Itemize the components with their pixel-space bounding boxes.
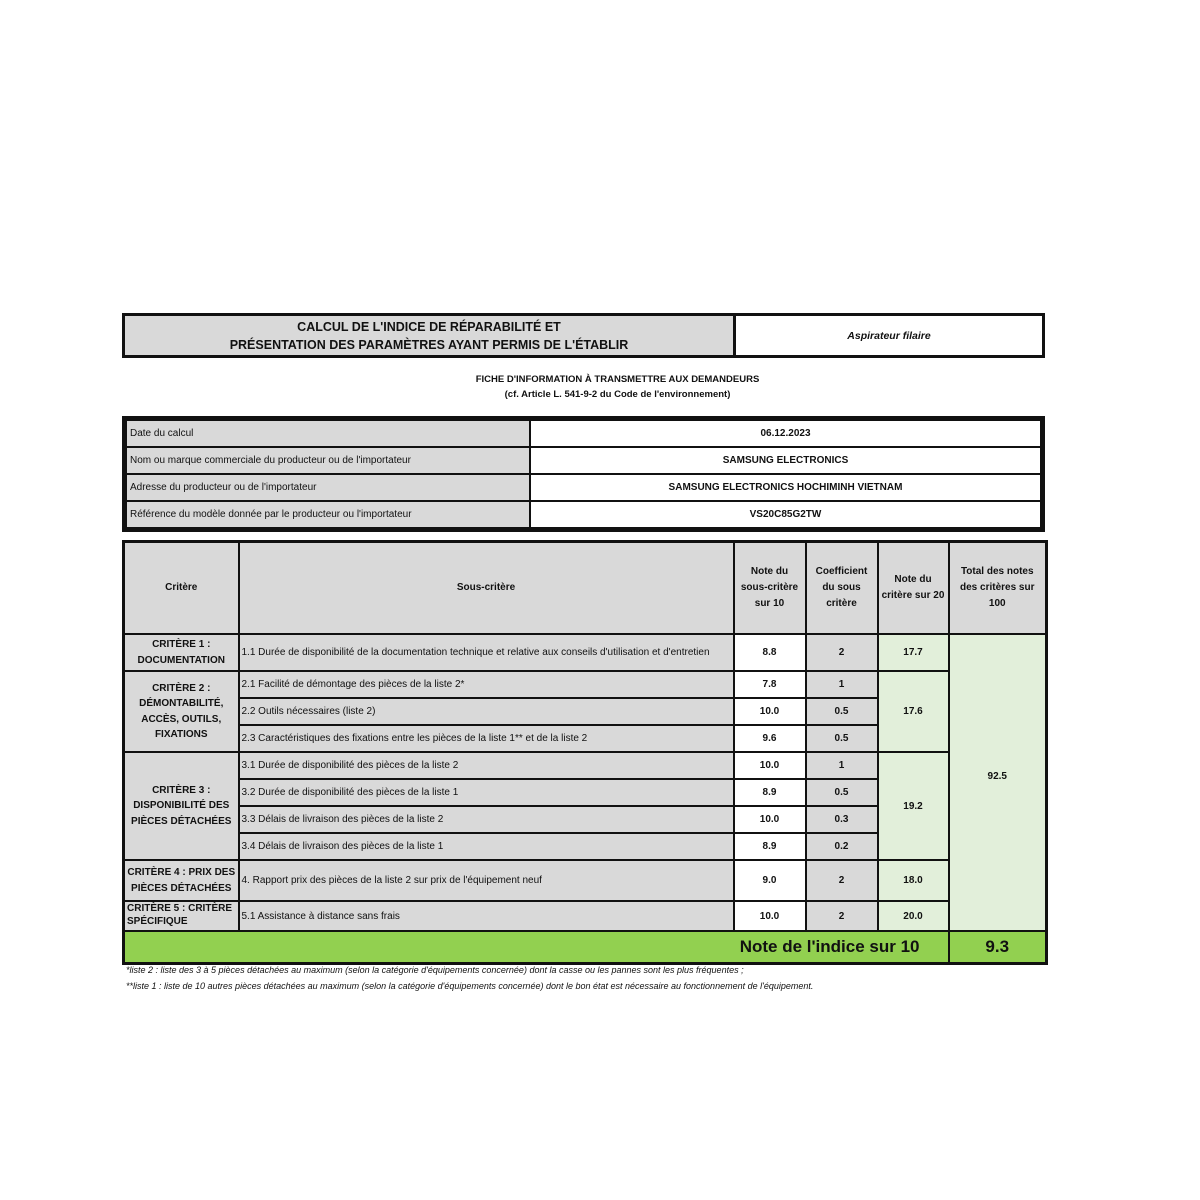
subcriterion-coefficient: 0.2 <box>806 833 878 860</box>
subcriterion-label: 3.4 Délais de livraison des pièces de la… <box>239 833 734 860</box>
subcriterion-note: 8.8 <box>734 634 806 671</box>
criterion-4-name: CRITÈRE 4 : PRIX DES PIÈCES DÉTACHÉES <box>124 860 239 901</box>
subcriterion-coefficient: 1 <box>806 671 878 698</box>
subcriterion-note: 8.9 <box>734 779 806 806</box>
table-row: CRITÈRE 2 : DÉMONTABILITÉ, ACCÈS, OUTILS… <box>124 671 1047 698</box>
subcriterion-label: 5.1 Assistance à distance sans frais <box>239 901 734 931</box>
total-score: 92.5 <box>949 634 1047 931</box>
subcriterion-label: 2.2 Outils nécessaires (liste 2) <box>239 698 734 725</box>
header-sous-critere: Sous-critère <box>239 542 734 635</box>
title-box: CALCUL DE L'INDICE DE RÉPARABILITÉ ET PR… <box>122 313 1045 358</box>
footnotes: *liste 2 : liste des 3 à 5 pièces détach… <box>126 962 1076 994</box>
subcriterion-label: 3.1 Durée de disponibilité des pièces de… <box>239 752 734 779</box>
criterion-3-note: 19.2 <box>878 752 949 860</box>
subcriterion-coefficient: 2 <box>806 634 878 671</box>
info-row-address: Adresse du producteur ou de l'importateu… <box>126 474 1041 501</box>
subcriterion-coefficient: 0.3 <box>806 806 878 833</box>
subtitle: FICHE D'INFORMATION À TRANSMETTRE AUX DE… <box>0 372 985 402</box>
table-row: CRITÈRE 5 : CRITÈRE SPÉCIFIQUE 5.1 Assis… <box>124 901 1047 931</box>
subcriterion-note: 7.8 <box>734 671 806 698</box>
title-line-1: CALCUL DE L'INDICE DE RÉPARABILITÉ ET <box>297 318 561 336</box>
document-title: CALCUL DE L'INDICE DE RÉPARABILITÉ ET PR… <box>125 316 736 355</box>
subcriterion-label: 2.1 Facilité de démontage des pièces de … <box>239 671 734 698</box>
subcriterion-coefficient: 2 <box>806 860 878 901</box>
criterion-1-note: 17.7 <box>878 634 949 671</box>
final-score-value: 9.3 <box>949 931 1047 964</box>
info-value-reference: VS20C85G2TW <box>530 501 1041 528</box>
info-value-address: SAMSUNG ELECTRONICS HOCHIMINH VIETNAM <box>530 474 1041 501</box>
final-score-label: Note de l'indice sur 10 <box>124 931 949 964</box>
criterion-1-name: CRITÈRE 1 : DOCUMENTATION <box>124 634 239 671</box>
header-coefficient: Coefficient du sous critère <box>806 542 878 635</box>
subcriterion-coefficient: 1 <box>806 752 878 779</box>
title-line-2: PRÉSENTATION DES PARAMÈTRES AYANT PERMIS… <box>230 336 629 354</box>
subcriterion-label: 3.2 Durée de disponibilité des pièces de… <box>239 779 734 806</box>
criterion-2-name: CRITÈRE 2 : DÉMONTABILITÉ, ACCÈS, OUTILS… <box>124 671 239 752</box>
criterion-3-name: CRITÈRE 3 : DISPONIBILITÉ DES PIÈCES DÉT… <box>124 752 239 860</box>
criterion-2-note: 17.6 <box>878 671 949 752</box>
subcriterion-note: 8.9 <box>734 833 806 860</box>
subcriterion-label: 4. Rapport prix des pièces de la liste 2… <box>239 860 734 901</box>
info-value-date: 06.12.2023 <box>530 420 1041 447</box>
subcriterion-coefficient: 0.5 <box>806 779 878 806</box>
criterion-5-note: 20.0 <box>878 901 949 931</box>
subcriterion-coefficient: 0.5 <box>806 725 878 752</box>
criterion-5-label: CRITÈRE 5 : CRITÈRE SPÉCIFIQUE <box>127 902 236 928</box>
subtitle-line-1: FICHE D'INFORMATION À TRANSMETTRE AUX DE… <box>0 372 985 387</box>
final-score-row: Note de l'indice sur 10 9.3 <box>124 931 1047 964</box>
info-table: Date du calcul 06.12.2023 Nom ou marque … <box>122 416 1045 532</box>
footnote-liste-2: *liste 2 : liste des 3 à 5 pièces détach… <box>126 962 1076 978</box>
header-note-sous-critere: Note du sous-critère sur 10 <box>734 542 806 635</box>
subcriterion-note: 10.0 <box>734 698 806 725</box>
subcriterion-note: 10.0 <box>734 901 806 931</box>
subcriterion-note: 10.0 <box>734 752 806 779</box>
subcriterion-label: 3.3 Délais de livraison des pièces de la… <box>239 806 734 833</box>
info-value-brand: SAMSUNG ELECTRONICS <box>530 447 1041 474</box>
subcriterion-note: 10.0 <box>734 806 806 833</box>
subtitle-line-2: (cf. Article L. 541-9-2 du Code de l'env… <box>0 387 985 402</box>
header-total: Total des notes des critères sur 100 <box>949 542 1047 635</box>
info-label: Adresse du producteur ou de l'importateu… <box>126 474 530 501</box>
footnote-liste-1: **liste 1 : liste de 10 autres pièces dé… <box>126 978 1076 994</box>
subcriterion-note: 9.6 <box>734 725 806 752</box>
product-type: Aspirateur filaire <box>736 316 1042 355</box>
subcriterion-label: 1.1 Durée de disponibilité de la documen… <box>239 634 734 671</box>
subcriterion-coefficient: 2 <box>806 901 878 931</box>
table-row: CRITÈRE 1 : DOCUMENTATION 1.1 Durée de d… <box>124 634 1047 671</box>
subcriterion-coefficient: 0.5 <box>806 698 878 725</box>
info-row-date: Date du calcul 06.12.2023 <box>126 420 1041 447</box>
info-row-brand: Nom ou marque commerciale du producteur … <box>126 447 1041 474</box>
table-header-row: Critère Sous-critère Note du sous-critèr… <box>124 542 1047 635</box>
scoring-table: Critère Sous-critère Note du sous-critèr… <box>122 540 1045 965</box>
info-label: Date du calcul <box>126 420 530 447</box>
criterion-4-note: 18.0 <box>878 860 949 901</box>
table-row: CRITÈRE 3 : DISPONIBILITÉ DES PIÈCES DÉT… <box>124 752 1047 779</box>
table-row: CRITÈRE 4 : PRIX DES PIÈCES DÉTACHÉES 4.… <box>124 860 1047 901</box>
subcriterion-note: 9.0 <box>734 860 806 901</box>
info-label: Référence du modèle donnée par le produc… <box>126 501 530 528</box>
criterion-5-name: CRITÈRE 5 : CRITÈRE SPÉCIFIQUE <box>124 901 239 931</box>
info-label: Nom ou marque commerciale du producteur … <box>126 447 530 474</box>
info-row-reference: Référence du modèle donnée par le produc… <box>126 501 1041 528</box>
subcriterion-label: 2.3 Caractéristiques des fixations entre… <box>239 725 734 752</box>
header-note-critere: Note du critère sur 20 <box>878 542 949 635</box>
header-critere: Critère <box>124 542 239 635</box>
